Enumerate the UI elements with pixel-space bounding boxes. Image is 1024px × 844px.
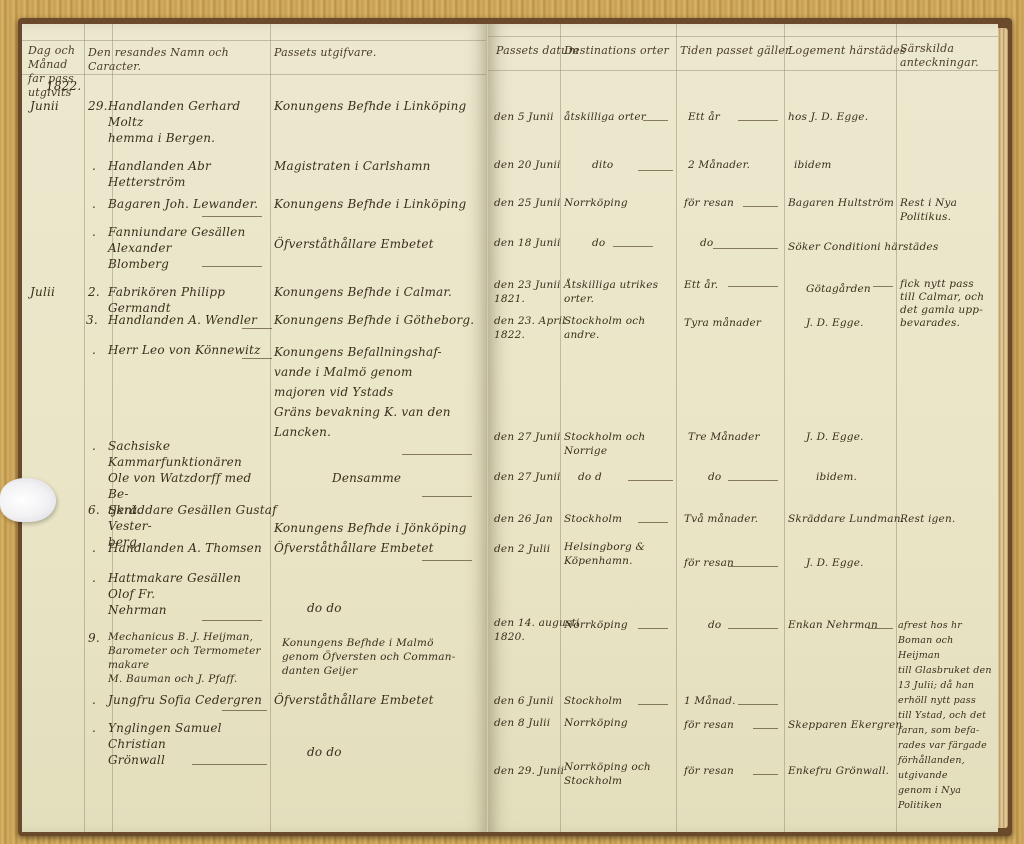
row-validity: 2 Månader. <box>688 158 750 172</box>
row-destination: Norrköping <box>564 716 628 730</box>
fill-dash <box>873 286 893 287</box>
fill-dash <box>753 728 778 729</box>
fill-dash <box>242 328 272 329</box>
row-validity: do <box>700 236 713 250</box>
row-lodging: ibidem <box>794 158 832 172</box>
fill-dash <box>753 774 778 775</box>
fill-dash <box>743 206 778 207</box>
row-date: den 8 Julii <box>494 716 550 730</box>
row-name: Jungfru Sofia Cedergren <box>108 692 268 708</box>
row-validity: Två månader. <box>684 512 758 526</box>
row-destination: Stockholm <box>564 512 622 526</box>
row-lodging: J. D. Egge. <box>806 316 864 330</box>
row-remarks: Rest igen. <box>900 512 955 526</box>
header-validity: Tiden passet gäller <box>680 44 791 58</box>
fill-dash <box>638 704 668 705</box>
rule-top <box>488 36 998 37</box>
row-day: . <box>92 196 96 212</box>
fill-dash <box>868 628 893 629</box>
row-lodging: Bagaren Hultström <box>788 196 894 210</box>
row-name: Ynglingen Samuel Christian Grönwall <box>108 720 268 768</box>
row-name: Mechanicus B. J. Heijman, Barometer och … <box>108 630 278 686</box>
rule-lodging-col <box>896 24 897 832</box>
row-day: . <box>92 720 96 736</box>
fill-dash <box>628 480 673 481</box>
header-lodging: Logement härstädes <box>788 44 906 58</box>
fill-dash <box>192 764 267 765</box>
row-name: Handlanden A. Wendler <box>108 312 268 328</box>
white-glove-thumb <box>0 478 56 522</box>
row-issuer: Konungens Befhde i Linköping <box>274 98 484 114</box>
row-day: 6. <box>88 502 100 518</box>
month-june: Junii <box>30 98 59 114</box>
rule-destination-col <box>676 24 677 832</box>
row-issuer: Magistraten i Carlshamn <box>274 158 484 174</box>
fill-dash <box>738 704 778 705</box>
row-lodging: Söker Conditioni härstädes <box>788 240 938 254</box>
row-day: . <box>92 692 96 708</box>
month-july: Julii <box>30 284 55 300</box>
rule-header <box>22 74 488 75</box>
row-date: den 27 Junii <box>494 470 561 484</box>
row-day: . <box>92 540 96 556</box>
row-destination: Norrköping <box>564 618 628 632</box>
header-destination: Destinations orter <box>564 44 669 58</box>
row-date: den 29. Junii <box>494 764 564 778</box>
row-remarks: fick nytt pass till Calmar, och det gaml… <box>900 278 984 330</box>
row-day: . <box>92 342 96 358</box>
row-date: den 6 Junii <box>494 694 554 708</box>
row-destination: Norrköping <box>564 196 628 210</box>
row-day: 3. <box>86 312 98 328</box>
left-page: Dag och Månad far pass utgivits Den resa… <box>22 24 488 832</box>
row-validity: för resan <box>684 718 734 732</box>
fill-dash <box>202 620 262 621</box>
rule-name-col <box>270 24 271 832</box>
row-destination: Stockholm och Norrige <box>564 430 645 458</box>
row-day: 29. <box>88 98 108 114</box>
row-date: den 2 Julii <box>494 542 550 556</box>
row-lodging: Skepparen Ekergren <box>788 718 902 732</box>
right-page: Passets datum Destinations orter Tiden p… <box>488 24 998 832</box>
row-name: Fanniundare Gesällen Alexander Blomberg <box>108 224 273 272</box>
row-lodging: Enkan Nehrman <box>788 618 878 632</box>
row-issuer: Konungens Befhde i Jönköping <box>274 520 484 536</box>
fill-dash <box>402 454 472 455</box>
row-validity: Ett år <box>688 110 720 124</box>
row-date: den 26 Jan <box>494 512 553 526</box>
row-day: . <box>92 158 96 174</box>
row-date: den 18 Junii <box>494 236 561 250</box>
row-date: den 23. April 1822. <box>494 314 566 342</box>
fill-dash <box>728 286 778 287</box>
row-validity: för resan <box>684 764 734 778</box>
row-validity: do <box>708 470 721 484</box>
row-issuer: do do <box>307 600 477 616</box>
row-name: Handlanden A. Thomsen <box>108 540 268 556</box>
fill-dash <box>613 246 653 247</box>
row-date: den 27 Junii <box>494 430 561 444</box>
row-destination: Åtskilliga utrikes orter. <box>564 278 658 306</box>
row-day: 9. <box>88 630 100 646</box>
fill-dash <box>713 248 778 249</box>
fill-dash <box>638 170 673 171</box>
row-issuer: Öfverståthållare Embetet <box>274 692 484 708</box>
row-lodging: ibidem. <box>816 470 857 484</box>
row-issuer: do do <box>307 744 477 760</box>
row-issuer: Öfverståthållare Embetet <box>274 540 484 556</box>
fill-dash <box>643 120 668 121</box>
row-lodging: J. D. Egge. <box>806 430 864 444</box>
row-validity: Ett år. <box>684 278 718 292</box>
rule-date-col <box>84 24 85 832</box>
header-remarks: Särskilda anteckningar. <box>900 42 990 70</box>
row-validity: Tre Månader <box>688 430 760 444</box>
row-issuer: Densamme <box>332 470 482 486</box>
fill-dash <box>222 710 267 711</box>
row-date: den 23 Junii 1821. <box>494 278 561 306</box>
row-destination: dito <box>592 158 613 172</box>
row-destination: Helsingborg & Köpenhamn. <box>564 540 645 568</box>
row-issuer: Konungens Befhde i Malmö genom Öfversten… <box>282 636 482 678</box>
row-validity: för resan <box>684 556 734 570</box>
row-destination: Norrköping och Stockholm <box>564 760 651 788</box>
row-issuer: Konungens Befallningshaf- vande i Malmö … <box>274 342 474 442</box>
row-lodging: hos J. D. Egge. <box>788 110 868 124</box>
row-validity: do <box>708 618 721 632</box>
row-remarks: Rest i Nya Politikus. <box>900 196 957 224</box>
row-lodging: Enkefru Grönwall. <box>788 764 889 778</box>
fill-dash <box>728 480 778 481</box>
row-lodging: Skräddare Lundman. <box>788 512 904 526</box>
row-name: Bagaren Joh. Lewander. <box>108 196 268 212</box>
fill-dash <box>728 628 778 629</box>
row-lodging: J. D. Egge. <box>806 556 864 570</box>
rule-header <box>488 70 998 71</box>
row-issuer: Öfverståthållare Embetet <box>274 236 484 252</box>
row-day: 2. <box>88 284 100 300</box>
row-date: den 5 Junii <box>494 110 554 124</box>
row-name: Herr Leo von Könnewitz <box>108 342 268 358</box>
row-date: den 20 Junii <box>494 158 561 172</box>
row-name: Handlanden Abr Hetterström <box>108 158 278 190</box>
rule-validity-col <box>784 24 785 832</box>
row-validity: för resan <box>684 196 734 210</box>
row-destination: do d <box>578 470 602 484</box>
row-name: Handlanden Gerhard Moltz hemma i Bergen. <box>108 98 268 146</box>
row-remarks: afrest hos hr Boman och Heijman till Gla… <box>898 618 998 813</box>
row-day: . <box>92 570 96 586</box>
row-date: den 25 Junii <box>494 196 561 210</box>
row-destination: do <box>592 236 605 250</box>
row-destination: Stockholm och andre. <box>564 314 645 342</box>
year-label: 1822. <box>46 78 81 94</box>
fill-dash <box>738 120 778 121</box>
fill-dash <box>728 566 778 567</box>
row-validity: 1 Månad. <box>684 694 736 708</box>
fill-dash <box>202 266 262 267</box>
row-destination: Stockholm <box>564 694 622 708</box>
header-issuer: Passets utgifvare. <box>274 46 474 60</box>
row-issuer: Konungens Befhde i Linköping <box>274 196 484 212</box>
row-issuer: Konungens Befhde i Calmar. <box>274 284 484 300</box>
fill-dash <box>242 358 272 359</box>
row-validity: Tyra månader <box>684 316 761 330</box>
fill-dash <box>202 216 262 217</box>
fill-dash <box>422 560 472 561</box>
row-day: . <box>92 438 96 454</box>
rule-top <box>22 40 488 41</box>
header-name: Den resandes Namn och Caracter. <box>88 46 268 74</box>
row-issuer: Konungens Befhde i Götheborg. <box>274 312 484 328</box>
row-day: . <box>92 224 96 240</box>
fill-dash <box>422 496 472 497</box>
row-name: Hattmakare Gesällen Olof Fr. Nehrman <box>108 570 268 618</box>
rule-date-col <box>560 24 561 832</box>
row-destination: åtskilliga orter <box>564 110 646 124</box>
fill-dash <box>638 628 668 629</box>
row-lodging: Götagården <box>806 282 871 296</box>
fill-dash <box>638 522 668 523</box>
